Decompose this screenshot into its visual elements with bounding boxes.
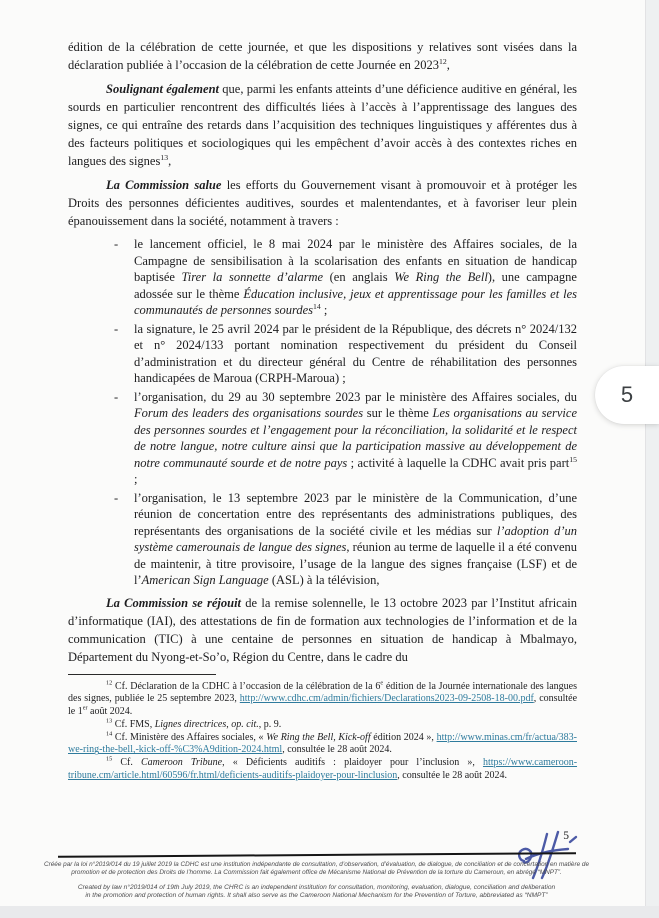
footnote-separator	[68, 674, 216, 675]
footnote-link[interactable]: http://www.cdhc.cm/admin/fichiers/Declar…	[240, 693, 534, 704]
text-run: Cameroon Tribune	[141, 757, 222, 768]
text-run: (en anglais	[323, 270, 394, 284]
bullet-text: l’organisation, du 29 au 30 septembre 20…	[134, 389, 577, 488]
footer-text-english: Created by law n°2019/014 of 19th July 2…	[77, 884, 557, 901]
bullet-marker: -	[114, 236, 134, 319]
text-run: , consultée le 28 août 2024.	[397, 770, 507, 781]
text-run: Cf. FMS,	[112, 719, 155, 730]
text-run: Cf.	[112, 757, 141, 768]
footnote: 13 Cf. FMS, Lignes directrices, op. cit.…	[68, 719, 577, 732]
text-run: (ASL) à la télévision,	[269, 573, 380, 587]
viewer-bottom-strip	[0, 906, 659, 918]
text-run: Forum des leaders des organisations sour…	[134, 406, 363, 420]
footer-rule	[58, 852, 576, 858]
text-run: édition 2024 »,	[371, 732, 437, 743]
superscript-ref: 13	[160, 153, 168, 162]
bullet-text: l’organisation, le 13 septembre 2023 par…	[134, 490, 577, 589]
text-run: Tirer la sonnette d’alarme	[182, 270, 324, 284]
paragraph: édition de la célébration de cette journ…	[68, 38, 577, 74]
text-run: Lignes directrices	[155, 719, 227, 730]
text-run: La Commission se réjouit	[106, 596, 241, 610]
page-indicator-pill[interactable]: 5	[595, 366, 659, 424]
text-run: ;	[321, 303, 328, 317]
bullet-item: -l’organisation, du 29 au 30 septembre 2…	[68, 389, 577, 488]
bullet-marker: -	[114, 321, 134, 387]
bullet-text: la signature, le 25 avril 2024 par le pr…	[134, 321, 577, 387]
text-run: ,	[168, 154, 171, 168]
page-indicator-label: 5	[621, 382, 633, 408]
text-run: sur le thème	[363, 406, 432, 420]
text-run: Cf. Déclaration de la CDHC à l’occasion …	[112, 681, 380, 692]
footnote: 14 Cf. Ministère des Affaires sociales, …	[68, 732, 577, 758]
text-run: We Ring the Bell, Kick-off	[266, 732, 370, 743]
text-run: We Ring the Bell	[394, 270, 488, 284]
text-run: Cf. Ministère des Affaires sociales, «	[112, 732, 266, 743]
text-run: American Sign Language	[142, 573, 269, 587]
text-run: Soulignant également	[106, 82, 219, 96]
document-body-text: édition de la célébration de cette journ…	[68, 38, 577, 666]
text-run: La Commission salue	[106, 178, 221, 192]
text-run: , « Déficients auditifs : plaidoyer pour…	[222, 757, 483, 768]
footnote: 15 Cf. Cameroon Tribune, « Déficients au…	[68, 757, 577, 783]
page-footer: Créée par la loi n°2019/014 du 19 juille…	[38, 861, 595, 901]
footer-text-french: Créée par la loi n°2019/014 du 19 juille…	[38, 861, 595, 878]
text-run: ;	[134, 472, 137, 486]
text-run: , p. 9.	[259, 719, 282, 730]
bullet-item: -la signature, le 25 avril 2024 par le p…	[68, 321, 577, 387]
text-run: ,	[447, 58, 450, 72]
footnote: 12 Cf. Déclaration de la CDHC à l’occasi…	[68, 681, 577, 719]
footnotes-section: 12 Cf. Déclaration de la CDHC à l’occasi…	[68, 681, 577, 783]
superscript-ref: 15	[569, 454, 577, 463]
paragraph: La Commission se réjouit de la remise so…	[68, 594, 577, 666]
paragraph: La Commission salue les efforts du Gouve…	[68, 176, 577, 230]
text-run: op. cit.	[231, 719, 259, 730]
text-run: édition de la célébration de cette journ…	[68, 40, 577, 72]
bullet-marker: -	[114, 490, 134, 589]
page-content: édition de la célébration de cette journ…	[0, 0, 645, 783]
document-viewer: édition de la célébration de cette journ…	[0, 0, 659, 918]
superscript-ref: 14	[313, 302, 321, 311]
bullet-text: le lancement officiel, le 8 mai 2024 par…	[134, 236, 577, 319]
paragraph: Soulignant également que, parmi les enfa…	[68, 80, 577, 170]
bullet-item: -le lancement officiel, le 8 mai 2024 pa…	[68, 236, 577, 319]
bullet-list: -le lancement officiel, le 8 mai 2024 pa…	[68, 236, 577, 589]
text-run: l’organisation, du 29 au 30 septembre 20…	[134, 390, 577, 404]
bullet-marker: -	[114, 389, 134, 488]
text-run: août 2024.	[88, 706, 133, 717]
document-page: édition de la célébration de cette journ…	[0, 0, 646, 906]
text-run: la signature, le 25 avril 2024 par le pr…	[134, 322, 577, 386]
superscript-ref: 12	[439, 57, 447, 66]
text-run: , consultée le 28 août 2024.	[282, 744, 392, 755]
text-run: ; activité à laquelle la CDHC avait pris…	[347, 456, 569, 470]
bullet-item: -l’organisation, le 13 septembre 2023 pa…	[68, 490, 577, 589]
